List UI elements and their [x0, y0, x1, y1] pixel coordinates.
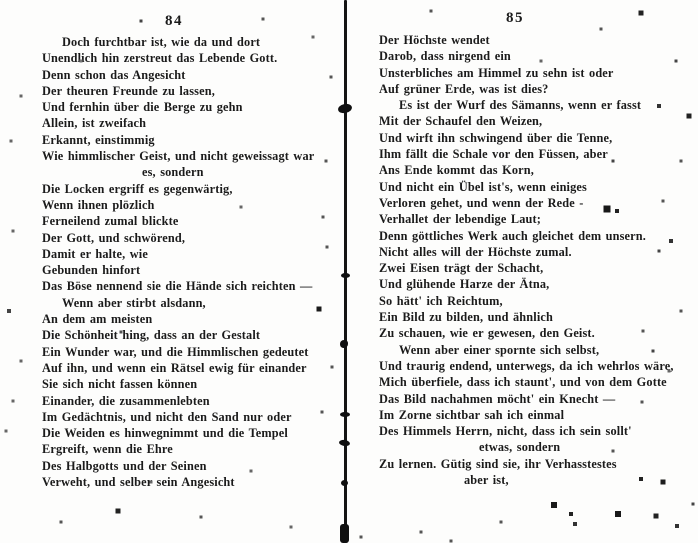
poem-line: Das Bild nachahmen möcht' ein Knecht —	[379, 391, 674, 407]
poem-line: Und traurig endend, unterwegs, da ich we…	[379, 358, 674, 374]
poem-line: Ihm fällt die Schale vor den Füssen, abe…	[379, 146, 674, 162]
poem-line: Ergreift, wenn die Ehre	[42, 441, 314, 457]
poem-line: Und nicht ein Übel ist's, wenn einiges	[379, 179, 674, 195]
poem-line: Sie sich nicht fassen können	[42, 376, 314, 392]
poem-line: Zu schauen, wie er gewesen, den Geist.	[379, 325, 674, 341]
poem-line: So hätt' ich Reichtum,	[379, 293, 674, 309]
poem-line: es, sondern	[42, 164, 314, 180]
poem-line: Ferneilend zumal blickte	[42, 213, 314, 229]
poem-line: Unendlich hin zerstreut das Lebende Gott…	[42, 50, 314, 66]
poem-right: Der Höchste wendetDarob, dass nirgend ei…	[379, 32, 674, 488]
poem-line: Es ist der Wurf des Sämanns, wenn er fas…	[379, 97, 674, 113]
binding-gutter-line	[344, 0, 347, 543]
poem-line: Die Schönheit hing, dass an der Gestalt	[42, 327, 314, 343]
poem-line: Mit der Schaufel den Weizen,	[379, 113, 674, 129]
ink-blob	[341, 480, 348, 486]
poem-line: Das Böse nennend sie die Hände sich reic…	[42, 278, 314, 294]
poem-line: Im Gedächtnis, und nicht den Sand nur od…	[42, 409, 314, 425]
poem-line: Und glühende Harze der Ätna,	[379, 276, 674, 292]
poem-line: Der Höchste wendet	[379, 32, 674, 48]
ink-blob	[340, 524, 349, 543]
poem-line: Auf grüner Erde, was ist dies?	[379, 81, 674, 97]
poem-line: Wenn aber einer spornte sich selbst,	[379, 342, 674, 358]
page-left: 84 Doch furchtbar ist, wie da und dortUn…	[0, 0, 344, 543]
poem-line: Verloren gehet, und wenn der Rede -	[379, 195, 674, 211]
poem-line: Und fernhin über die Berge zu gehn	[42, 99, 314, 115]
page-number-right: 85	[493, 10, 537, 27]
poem-line: Denn schon das Angesicht	[42, 67, 314, 83]
poem-line: Unsterbliches am Himmel zu sehn ist oder	[379, 65, 674, 81]
poem-line: Im Zorne sichtbar sah ich einmal	[379, 407, 674, 423]
poem-line: Zu lernen. Gütig sind sie, ihr Verhasste…	[379, 456, 674, 472]
poem-line: Nicht alles will der Höchste zumal.	[379, 244, 674, 260]
poem-line: Damit er halte, wie	[42, 246, 314, 262]
poem-line: Mich überfiele, dass ich staunt', und vo…	[379, 374, 674, 390]
poem-line: Die Weiden es hinwegnimmt und die Tempel	[42, 425, 314, 441]
poem-line: Verhallet der lebendige Laut;	[379, 211, 674, 227]
poem-line: Ein Bild zu bilden, und ähnlich	[379, 309, 674, 325]
poem-line: Des Halbgotts und der Seinen	[42, 458, 314, 474]
poem-line: Wenn aber stirbt alsdann,	[42, 295, 314, 311]
page-number-left: 84	[152, 13, 196, 30]
poem-line: etwas, sondern	[379, 439, 674, 455]
poem-line: An dem am meisten	[42, 311, 314, 327]
poem-line: Wenn ihnen plözlich	[42, 197, 314, 213]
poem-line: Der Gott, und schwörend,	[42, 230, 314, 246]
poem-line: Zwei Eisen trägt der Schacht,	[379, 260, 674, 276]
poem-line: Ein Wunder war, und die Himmlischen gede…	[42, 344, 314, 360]
book-scan: 84 Doch furchtbar ist, wie da und dortUn…	[0, 0, 698, 543]
poem-line: Darob, dass nirgend ein	[379, 48, 674, 64]
poem-line: Verweht, und selber sein Angesicht	[42, 474, 314, 490]
poem-line: Gebunden hinfort	[42, 262, 314, 278]
poem-line: Und wirft ihn schwingend über die Tenne,	[379, 130, 674, 146]
poem-line: Doch furchtbar ist, wie da und dort	[42, 34, 314, 50]
poem-line: Der theuren Freunde zu lassen,	[42, 83, 314, 99]
poem-line: Einander, die zusammenlebten	[42, 393, 314, 409]
poem-line: Des Himmels Herrn, nicht, dass ich sein …	[379, 423, 674, 439]
poem-line: Auf ihn, und wenn ein Rätsel ewig für ei…	[42, 360, 314, 376]
poem-line: aber ist,	[379, 472, 674, 488]
scan-noise-specks	[0, 0, 2, 2]
poem-line: Ans Ende kommt das Korn,	[379, 162, 674, 178]
poem-line: Erkannt, einstimmig	[42, 132, 314, 148]
page-right: 85 Der Höchste wendetDarob, dass nirgend…	[349, 0, 698, 543]
poem-line: Allein, ist zweifach	[42, 115, 314, 131]
poem-left: Doch furchtbar ist, wie da und dortUnend…	[42, 34, 314, 490]
poem-line: Wie himmlischer Geist, und nicht geweiss…	[42, 148, 314, 164]
poem-line: Denn göttliches Werk auch gleichet dem u…	[379, 228, 674, 244]
poem-line: Die Locken ergriff es gegenwärtig,	[42, 181, 314, 197]
ink-blob	[340, 340, 348, 348]
